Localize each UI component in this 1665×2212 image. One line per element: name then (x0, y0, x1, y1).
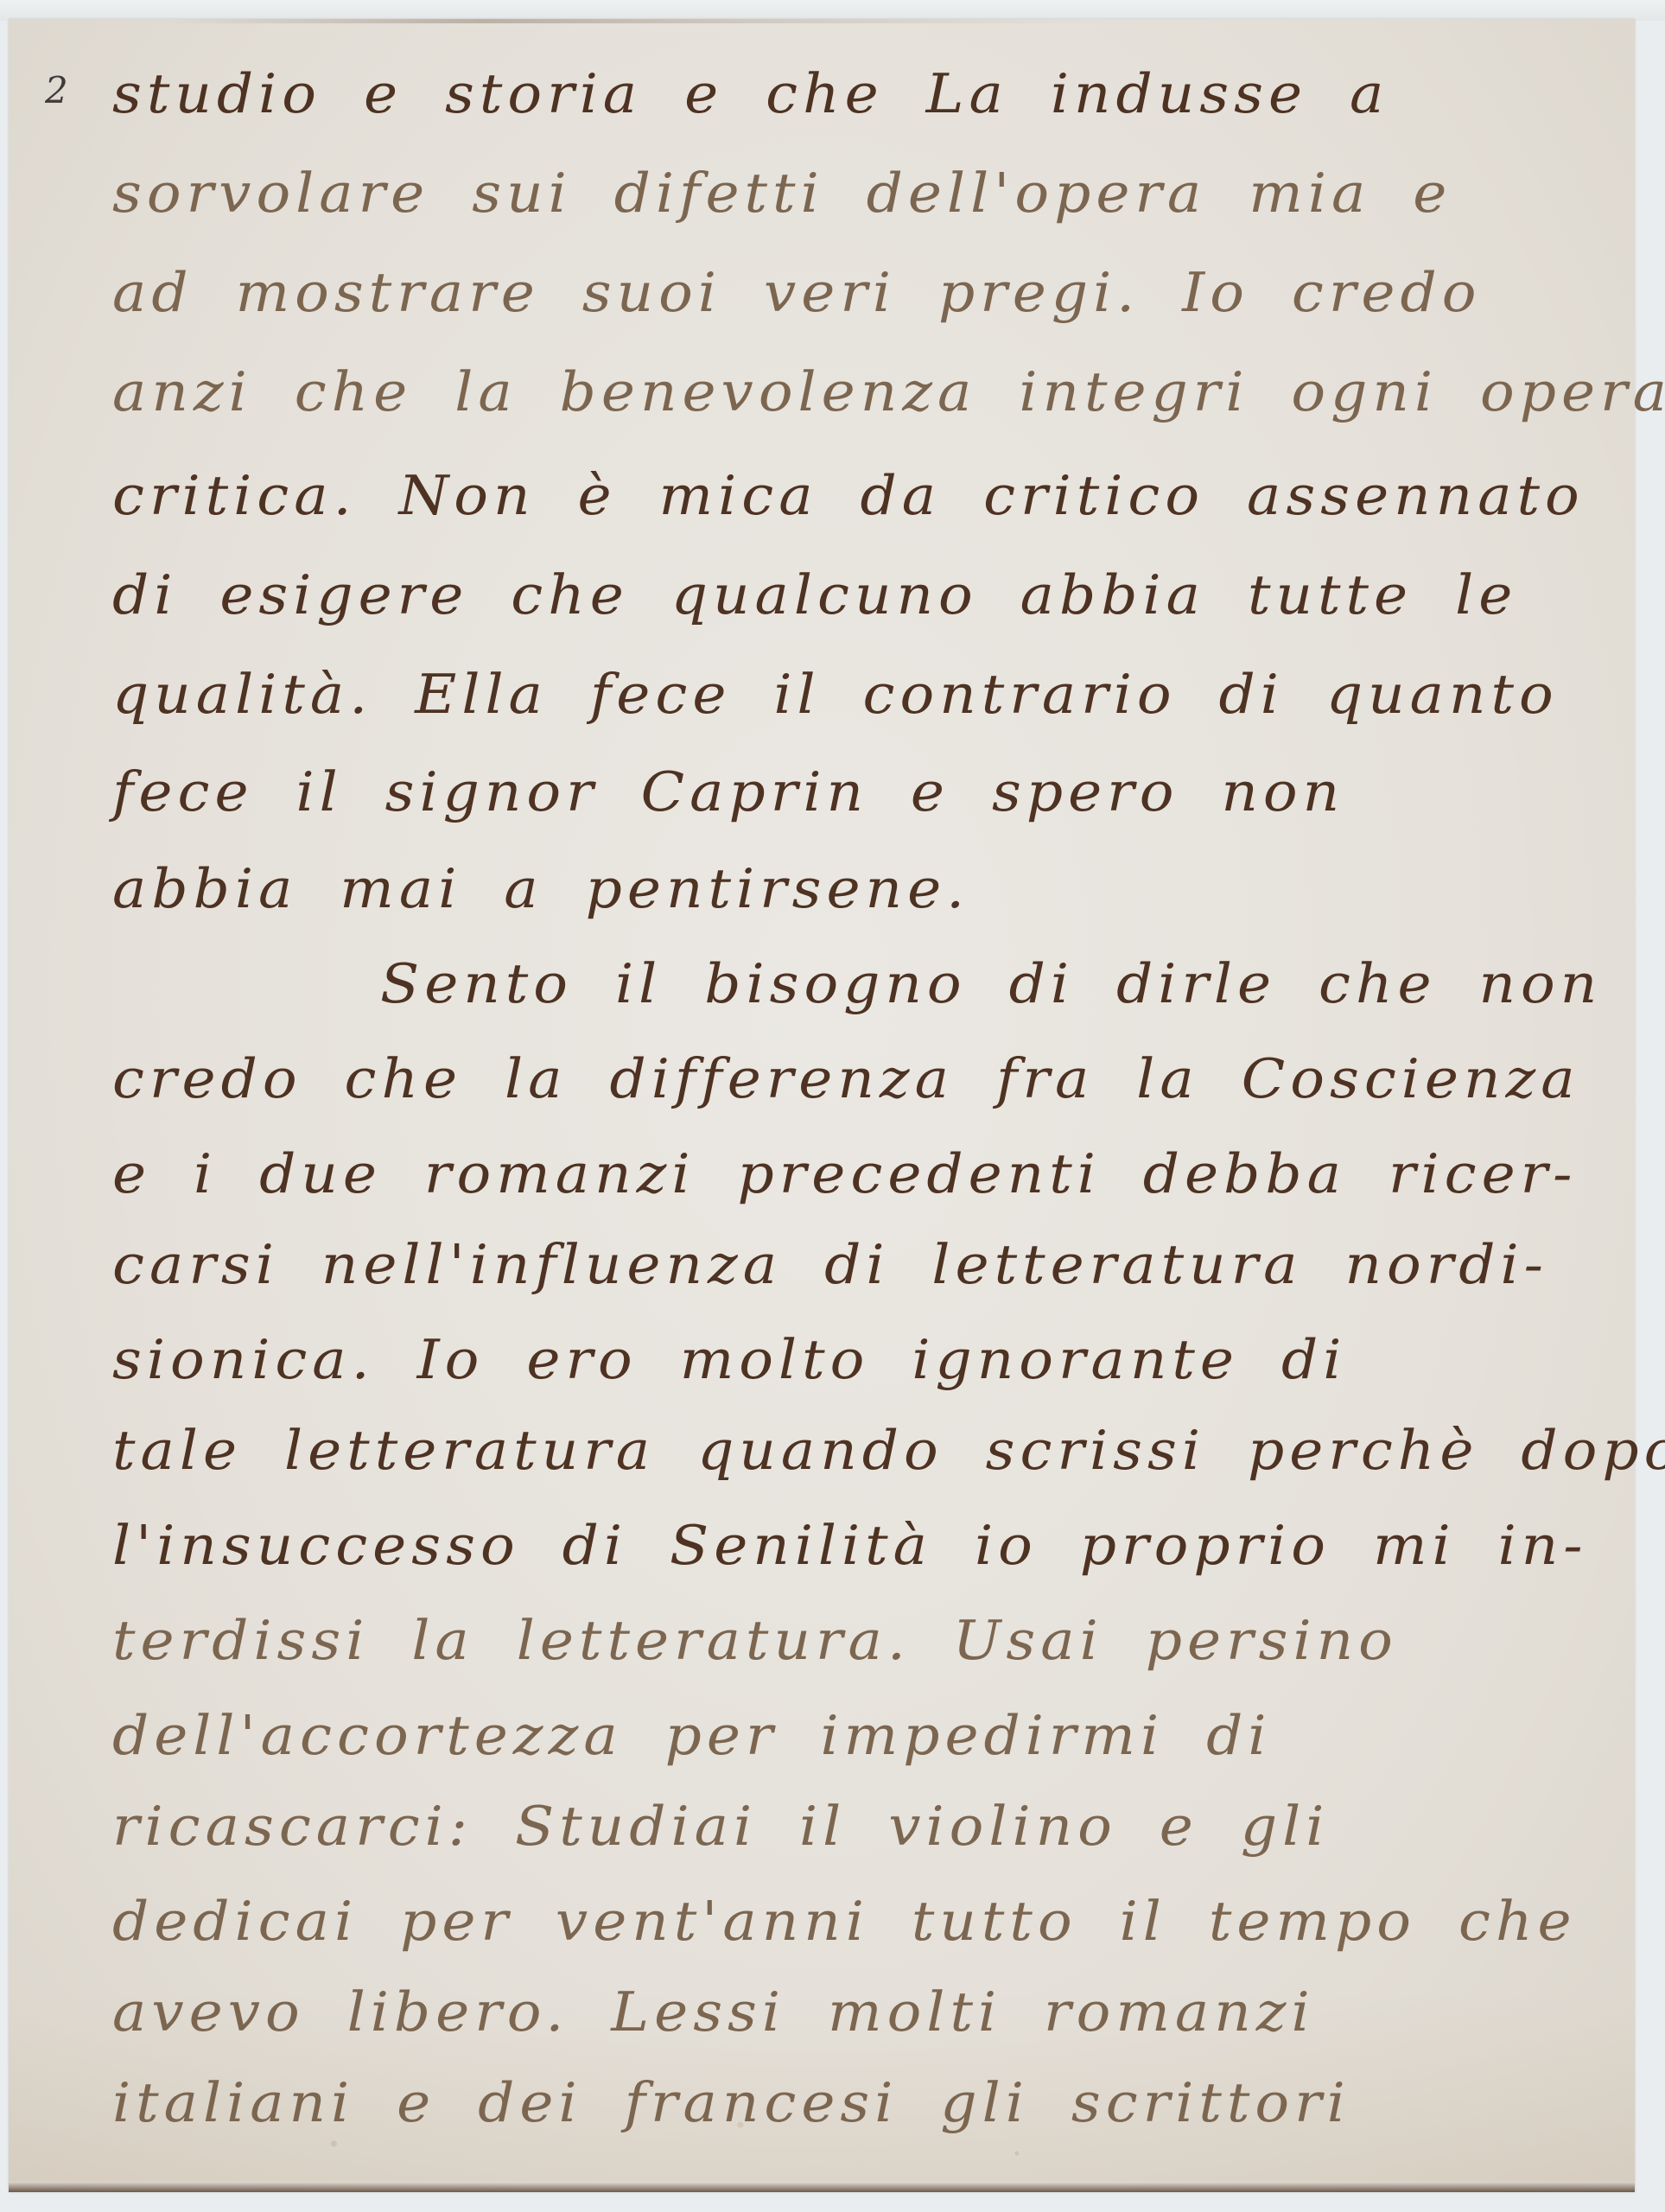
handwritten-line: critica. Non è mica da critico assennato (112, 464, 1585, 527)
frame-top-border (0, 0, 1665, 21)
paper-bottom-edge (9, 2182, 1635, 2192)
handwritten-line: dell'accortezza per impedirmi di (112, 1704, 1271, 1767)
letter-page: 2 studio e storia e che La indusse a sor… (9, 19, 1635, 2192)
handwritten-line: carsi nell'influenza di letteratura nord… (112, 1233, 1548, 1296)
handwritten-line: italiani e dei francesi gli scrittori (112, 2071, 1350, 2134)
handwritten-line: dedicai per vent'anni tutto il tempo che (112, 1890, 1577, 1953)
handwritten-line: sionica. Io ero molto ignorante di (112, 1328, 1346, 1391)
handwritten-line: l'insuccesso di Senilità io proprio mi i… (112, 1514, 1588, 1577)
handwritten-line: studio e storia e che La indusse a (112, 62, 1389, 125)
page-number: 2 (45, 69, 68, 111)
handwritten-line: e i due romanzi precedenti debba ricer- (112, 1142, 1577, 1205)
handwritten-line: terdissi la letteratura. Usai persino (112, 1609, 1398, 1672)
handwritten-line: abbia mai a pentirsene. (112, 857, 969, 920)
handwritten-line: tale letteratura quando scrissi perchè d… (112, 1419, 1665, 1482)
handwritten-line: anzi che la benevolenza integri ogni ope… (112, 360, 1665, 423)
handwritten-line: qualità. Ella fece il contrario di quant… (112, 663, 1559, 726)
paper-top-edge (164, 19, 1115, 23)
handwritten-line: di esigere che qualcuno abbia tutte le (112, 563, 1517, 626)
handwritten-line: ad mostrare suoi veri pregi. Io credo (112, 261, 1481, 324)
handwritten-line: sorvolare sui difetti dell'opera mia e (112, 162, 1452, 225)
handwritten-line: avevo libero. Lessi molti romanzi (112, 1980, 1315, 2044)
handwritten-line: ricascarci: Studiai il violino e gli (112, 1795, 1329, 1858)
handwritten-line: Sento il bisogno di dirle che non (380, 952, 1602, 1015)
handwritten-line: credo che la differenza fra la Coscienza (112, 1047, 1580, 1110)
handwritten-line: fece il signor Caprin e spero non (112, 760, 1344, 823)
